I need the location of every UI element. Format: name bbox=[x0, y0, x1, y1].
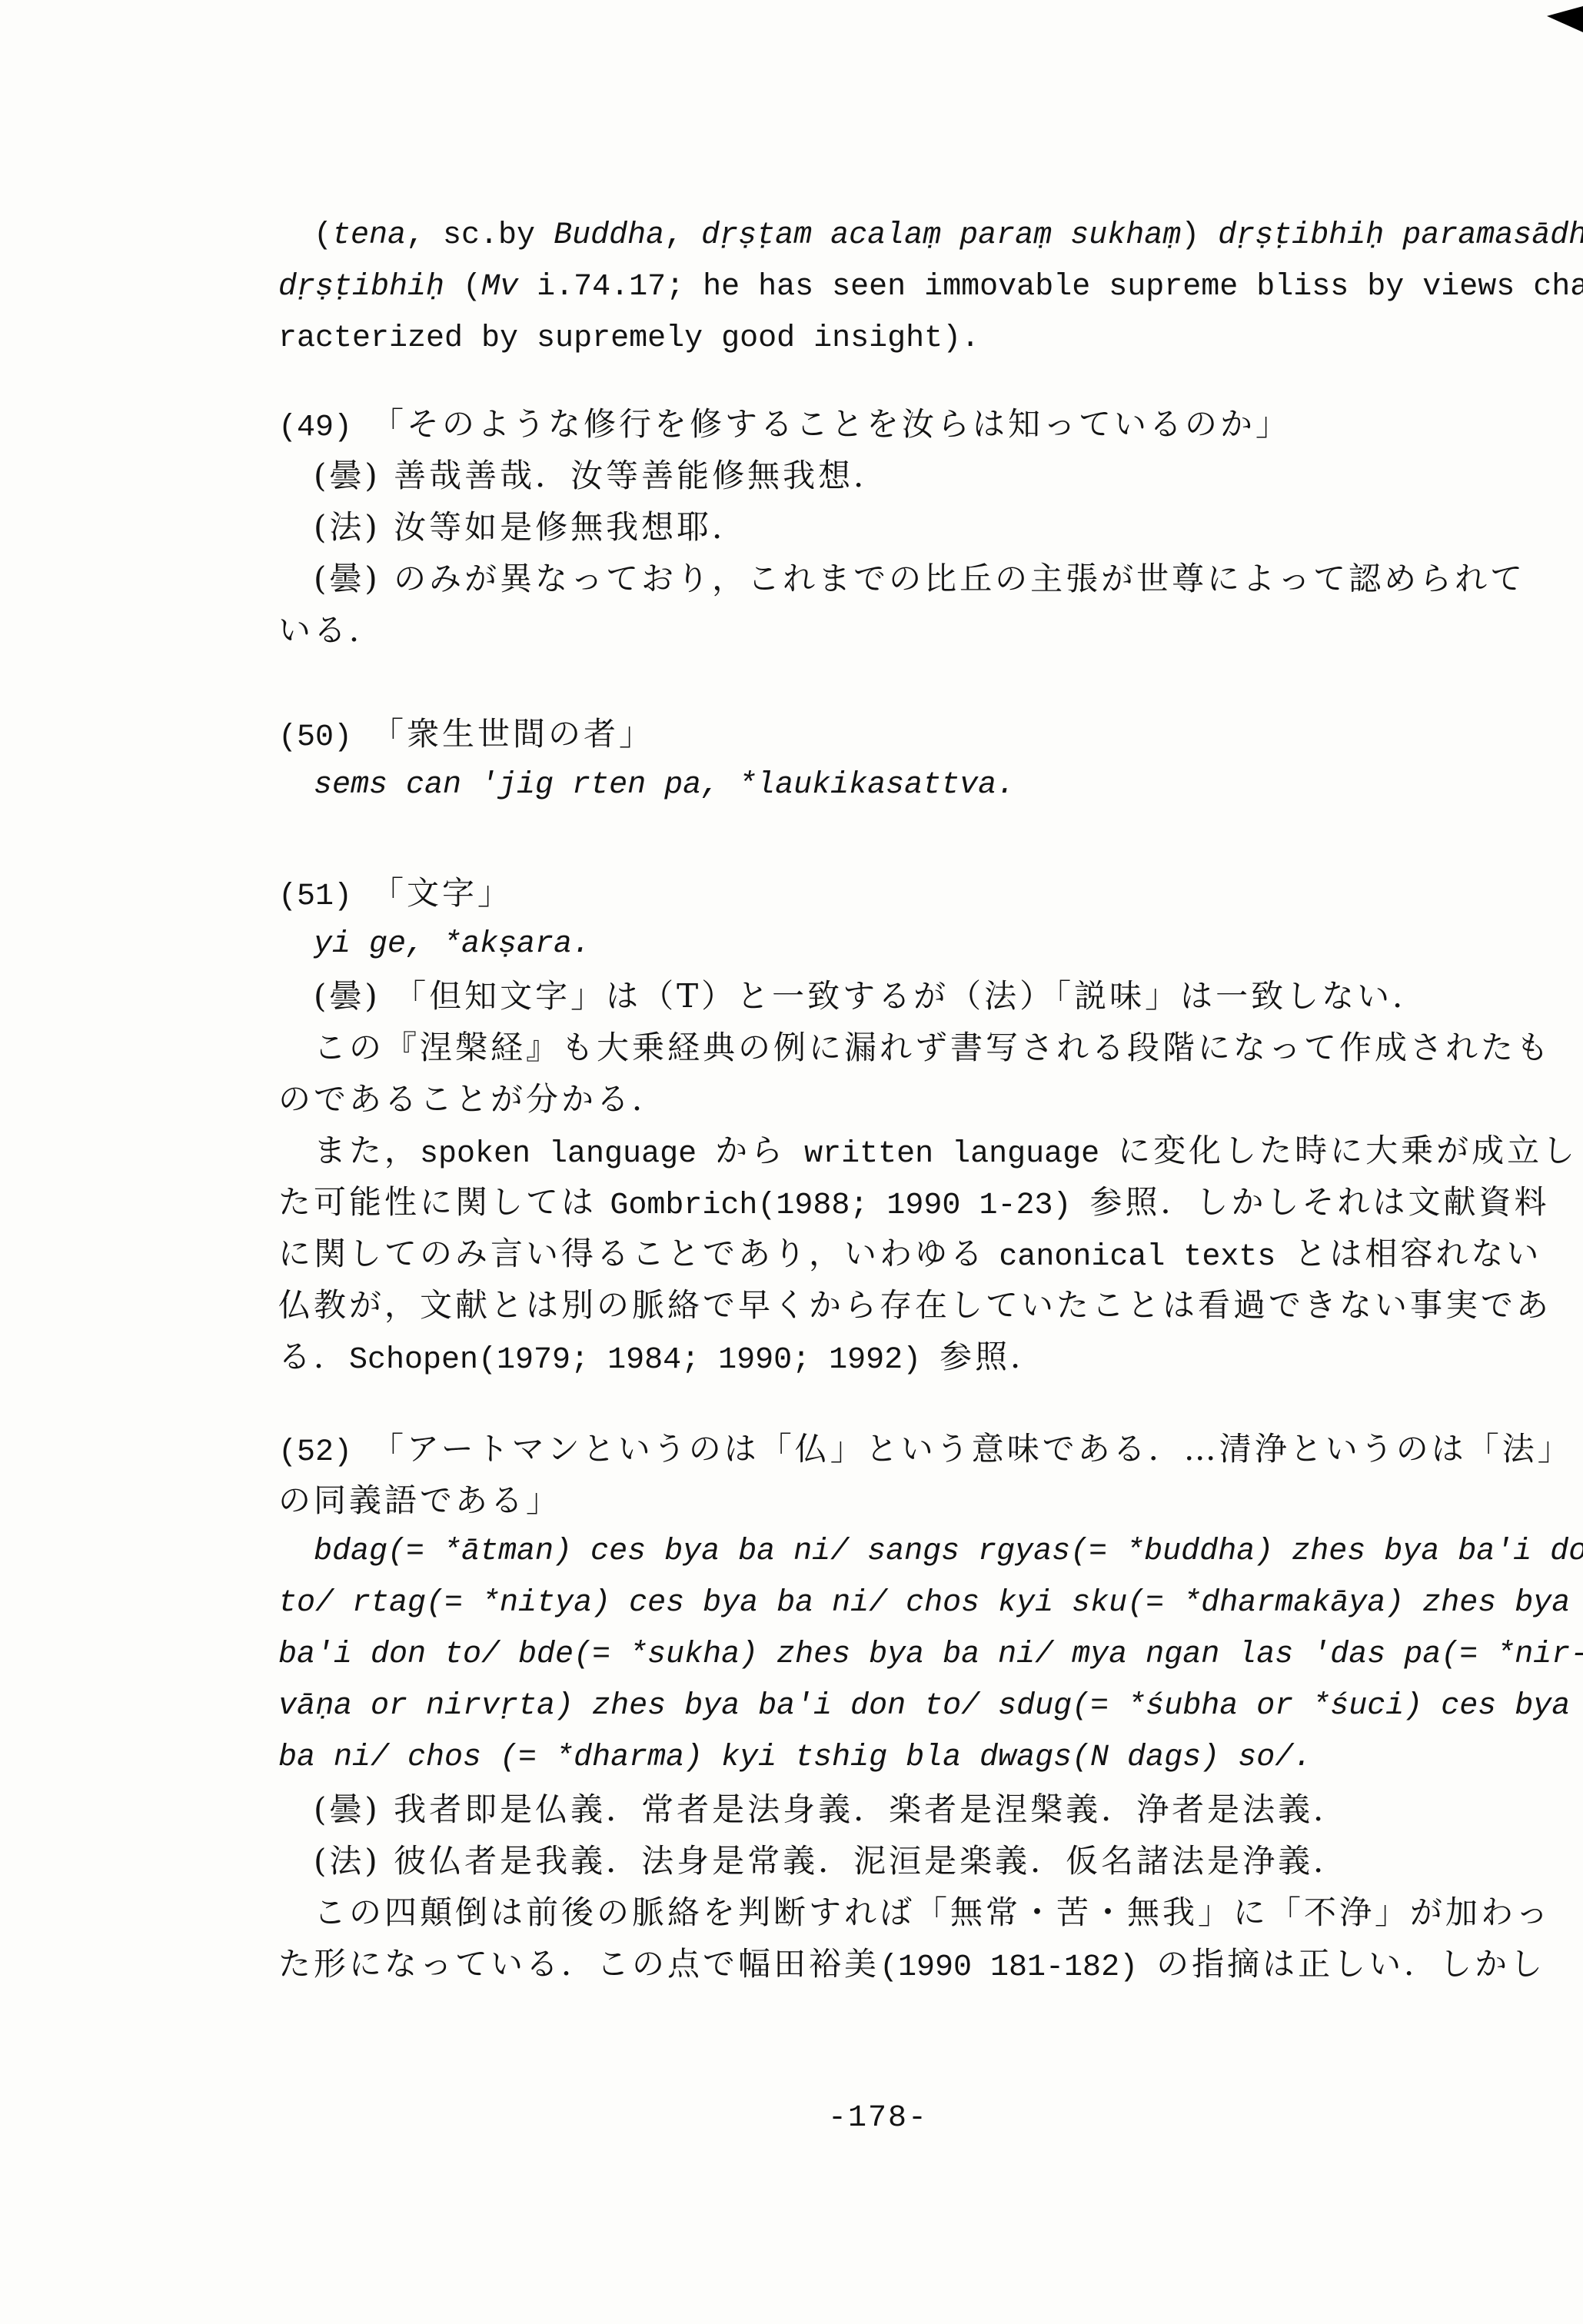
latin-text-segment: ) bbox=[1181, 218, 1218, 253]
text-line: racterized by supremely good insight). bbox=[278, 313, 1547, 364]
section-52: (52) 「アートマンというのは「仏」という意味である．…清浄というのは「法」の… bbox=[278, 1423, 1547, 1990]
japanese-text-segment: いる． bbox=[278, 611, 384, 649]
text-line: (49) 「そのような修行を修することを汝らは知っているのか」 bbox=[278, 398, 1547, 450]
japanese-text-segment: 「そのような修行を修することを汝らは知っているのか」 bbox=[352, 405, 1291, 443]
japanese-text-segment: この四顛倒は前後の脈絡を判断すれば「無常・苦・無我」に「不浄」が加わっ bbox=[314, 1893, 1551, 1931]
text-line: のであることが分かる． bbox=[278, 1073, 1547, 1125]
text-line: vāṇa or nirvṛta) zhes bya ba'i don to/ s… bbox=[278, 1681, 1547, 1732]
latin-text-segment: Schopen(1979; 1984; 1990; 1992) bbox=[349, 1343, 939, 1378]
transliteration-text-segment: Mv bbox=[481, 270, 518, 304]
intro-paragraph: (tena, sc.by Buddha, dṛṣṭam acalaṃ paraṃ… bbox=[278, 210, 1547, 364]
japanese-text-segment: (曇) 善哉善哉．汝等善能修無我想． bbox=[314, 457, 889, 494]
text-line: yi ge, *akṣara. bbox=[278, 919, 1547, 970]
japanese-text-segment: また， bbox=[314, 1132, 420, 1169]
latin-text-segment: (1990 181-182) bbox=[880, 1950, 1156, 1985]
text-line: (曇) 「但知文字」は（T）と一致するが（法）「説味」は一致しない． bbox=[278, 970, 1547, 1022]
latin-text-segment: , bbox=[664, 218, 701, 253]
transliteration-text-segment: bdag(= *ātman) ces bya ba ni/ sangs rgya… bbox=[314, 1534, 1583, 1569]
transliteration-text-segment: to/ rtag(= *nitya) ces bya ba ni/ chos k… bbox=[278, 1586, 1570, 1621]
text-line: (50) 「衆生世間の者」 bbox=[278, 708, 1547, 760]
latin-text-segment: ( bbox=[444, 270, 481, 304]
japanese-text-segment: (曇) のみが異なっており，これまでの比丘の主張が世尊によって認められて bbox=[314, 560, 1525, 597]
japanese-text-segment: のであることが分かる． bbox=[278, 1080, 667, 1118]
section-49: (49) 「そのような修行を修することを汝らは知っているのか」(曇) 善哉善哉．… bbox=[278, 398, 1547, 656]
latin-text-segment: spoken language bbox=[420, 1137, 715, 1172]
japanese-text-segment: (曇) 「但知文字」は（T）と一致するが（法）「説味」は一致しない． bbox=[314, 977, 1428, 1015]
japanese-text-segment: (法) 彼仏者是我義．法身是常義．泥洹是楽義．仮名諸法是浄義． bbox=[314, 1842, 1349, 1880]
japanese-text-segment: た形になっている．この点で幅田裕美 bbox=[278, 1945, 880, 1983]
japanese-text-segment: から bbox=[715, 1132, 786, 1169]
latin-text-segment: (52) bbox=[278, 1435, 352, 1470]
latin-text-segment: , sc.by bbox=[406, 218, 554, 253]
section-51: (51) 「文字」yi ge, *akṣara.(曇) 「但知文字」は（T）と一… bbox=[278, 867, 1547, 1382]
text-line: (tena, sc.by Buddha, dṛṣṭam acalaṃ paraṃ… bbox=[278, 210, 1547, 261]
japanese-text-segment: 「文字」 bbox=[352, 874, 513, 912]
japanese-text-segment: 参照． bbox=[939, 1338, 1046, 1375]
text-line: この四顛倒は前後の脈絡を判断すれば「無常・苦・無我」に「不浄」が加わっ bbox=[278, 1887, 1547, 1938]
latin-text-segment: i.74.17; he has seen immovable supreme b… bbox=[518, 270, 1583, 304]
japanese-text-segment: 参照．しかしそれは文献資料 bbox=[1089, 1183, 1549, 1221]
text-line: dṛṣṭibhiḥ (Mv i.74.17; he has seen immov… bbox=[278, 261, 1547, 313]
text-line: る．Schopen(1979; 1984; 1990; 1992) 参照． bbox=[278, 1331, 1547, 1382]
japanese-text-segment: 「衆生世間の者」 bbox=[352, 715, 654, 753]
transliteration-text-segment: ba ni/ chos (= *dharma) kyi tshig bla dw… bbox=[278, 1741, 1312, 1775]
text-line: (曇) 我者即是仏義．常者是法身義．楽者是涅槃義．浄者是法義． bbox=[278, 1784, 1547, 1835]
japanese-text-segment: の指摘は正しい．しかし bbox=[1156, 1945, 1545, 1983]
latin-text-segment: (50) bbox=[278, 720, 352, 755]
text-line: 仏教が，文献とは別の脈絡で早くから存在していたことは看過できない事実であ bbox=[278, 1279, 1547, 1331]
latin-text-segment: canonical texts bbox=[999, 1240, 1294, 1275]
text-line: また，spoken language から written language に… bbox=[278, 1125, 1547, 1176]
japanese-text-segment: 仏教が，文献とは別の脈絡で早くから存在していたことは看過できない事実であ bbox=[278, 1286, 1551, 1324]
section-50: (50) 「衆生世間の者」sems can 'jig rten pa, *lau… bbox=[278, 708, 1547, 811]
transliteration-text-segment: dṛṣṭibhiḥ bbox=[278, 270, 444, 304]
text-line: に関してのみ言い得ることであり，いわゆる canonical texts とは相… bbox=[278, 1228, 1547, 1279]
japanese-text-segment: (曇) 我者即是仏義．常者是法身義．楽者是涅槃義．浄者是法義． bbox=[314, 1790, 1349, 1828]
latin-text-segment: Gombrich(1988; 1990 1-23) bbox=[610, 1189, 1089, 1223]
page-body: (tena, sc.by Buddha, dṛṣṭam acalaṃ paraṃ… bbox=[0, 0, 1583, 2324]
text-line: (52) 「アートマンというのは「仏」という意味である．…清浄というのは「法」 bbox=[278, 1423, 1547, 1475]
transliteration-text-segment: Buddha bbox=[554, 218, 664, 253]
japanese-text-segment: 「アートマンというのは「仏」という意味である．…清浄というのは「法」 bbox=[352, 1430, 1573, 1468]
japanese-text-segment: とは相容れない bbox=[1294, 1235, 1541, 1272]
latin-text-segment: racterized by supremely good insight). bbox=[278, 321, 979, 356]
transliteration-text-segment: yi ge, *akṣara. bbox=[314, 927, 590, 962]
text-line: bdag(= *ātman) ces bya ba ni/ sangs rgya… bbox=[278, 1526, 1547, 1578]
japanese-text-segment: (法) 汝等如是修無我想耶． bbox=[314, 508, 747, 546]
page-number: -178- bbox=[278, 2093, 1478, 2144]
latin-text-segment: written language bbox=[786, 1137, 1118, 1172]
text-line: (51) 「文字」 bbox=[278, 867, 1547, 919]
latin-text-segment: ( bbox=[314, 218, 332, 253]
text-line: to/ rtag(= *nitya) ces bya ba ni/ chos k… bbox=[278, 1578, 1547, 1629]
latin-text-segment: (51) bbox=[278, 879, 352, 914]
text-line: の同義語である」 bbox=[278, 1475, 1547, 1526]
japanese-text-segment: に変化した時に大乗が成立し bbox=[1118, 1132, 1578, 1169]
transliteration-text-segment: tena bbox=[332, 218, 406, 253]
text-line: sems can 'jig rten pa, *laukikasattva. bbox=[278, 760, 1547, 811]
text-line: (法) 彼仏者是我義．法身是常義．泥洹是楽義．仮名諸法是浄義． bbox=[278, 1835, 1547, 1887]
japanese-text-segment: この『涅槃経』も大乗経典の例に漏れず書写される段階になって作成されたも bbox=[314, 1029, 1551, 1066]
transliteration-text-segment: sems can 'jig rten pa, *laukikasattva. bbox=[314, 768, 1015, 803]
transliteration-text-segment: vāṇa or nirvṛta) zhes bya ba'i don to/ s… bbox=[278, 1689, 1570, 1724]
text-line: (曇) のみが異なっており，これまでの比丘の主張が世尊によって認められて bbox=[278, 553, 1547, 604]
text-line: た形になっている．この点で幅田裕美(1990 181-182) の指摘は正しい．… bbox=[278, 1938, 1547, 1990]
transliteration-text-segment: dṛṣṭibhiḥ paramasādhu- bbox=[1218, 218, 1583, 253]
japanese-text-segment: の同義語である」 bbox=[278, 1481, 561, 1519]
japanese-text-segment: た可能性に関しては bbox=[278, 1183, 610, 1221]
latin-text-segment: (49) bbox=[278, 411, 352, 445]
japanese-text-segment: に関してのみ言い得ることであり，いわゆる bbox=[278, 1235, 999, 1272]
text-line: (曇) 善哉善哉．汝等善能修無我想． bbox=[278, 450, 1547, 501]
text-line: ba'i don to/ bde(= *sukha) zhes bya ba n… bbox=[278, 1629, 1547, 1681]
text-line: (法) 汝等如是修無我想耶． bbox=[278, 501, 1547, 553]
transliteration-text-segment: dṛṣṭam acalaṃ paraṃ sukhaṃ bbox=[701, 218, 1181, 253]
text-line: た可能性に関しては Gombrich(1988; 1990 1-23) 参照．し… bbox=[278, 1176, 1547, 1228]
japanese-text-segment: る． bbox=[278, 1338, 349, 1375]
text-line: いる． bbox=[278, 604, 1547, 656]
text-line: この『涅槃経』も大乗経典の例に漏れず書写される段階になって作成されたも bbox=[278, 1022, 1547, 1073]
text-line: ba ni/ chos (= *dharma) kyi tshig bla dw… bbox=[278, 1732, 1547, 1784]
transliteration-text-segment: ba'i don to/ bde(= *sukha) zhes bya ba n… bbox=[278, 1637, 1583, 1672]
